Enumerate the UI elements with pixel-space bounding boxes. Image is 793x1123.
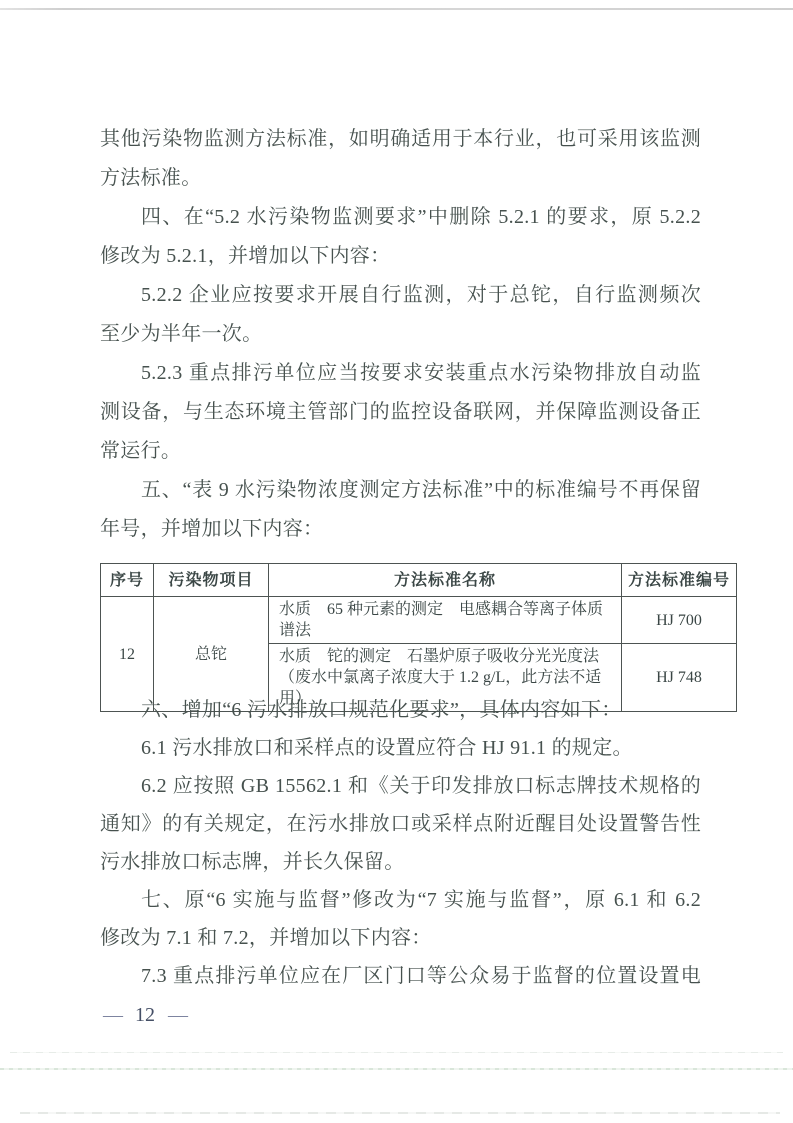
paragraph-block-bottom: 六、增加“6 污水排放口规范化要求”，具体内容如下：6.1 污水排放口和采样点的… xyxy=(100,691,701,995)
paragraph-line: 至少为半年一次。 xyxy=(100,315,701,354)
paragraph-line: 污水排放口标志牌，并长久保留。 xyxy=(100,843,701,881)
scan-artifact-line-1 xyxy=(10,1052,783,1053)
page-footer: —12— xyxy=(103,1000,187,1030)
table-row: 12 总铊 水质 65 种元素的测定 电感耦合等离子体质谱法 HJ 700 xyxy=(101,597,737,644)
table-header-seq: 序号 xyxy=(101,564,154,597)
paragraph-line: 测设备，与生态环境主管部门的监控设备联网，并保障监测设备正 xyxy=(100,393,701,432)
paragraph-line: 五、“表 9 水污染物浓度测定方法标准”中的标准编号不再保留 xyxy=(100,471,701,510)
footer-left-dash: — xyxy=(103,1004,122,1026)
paragraph-line: 修改为 7.1 和 7.2，并增加以下内容： xyxy=(100,919,701,957)
paragraph-line: 5.2.2 企业应按要求开展自行监测，对于总铊，自行监测频次 xyxy=(100,276,701,315)
table-header-method-code: 方法标准编号 xyxy=(622,564,737,597)
paragraph-line: 通知》的有关规定，在污水排放口或采样点附近醒目处设置警告性 xyxy=(100,805,701,843)
paragraph-line: 常运行。 xyxy=(100,432,701,471)
paragraph-line: 7.3 重点排污单位应在厂区门口等公众易于监督的位置设置电 xyxy=(100,957,701,995)
cell-method-name-1: 水质 65 种元素的测定 电感耦合等离子体质谱法 xyxy=(269,597,622,644)
paragraph-line: 年号，并增加以下内容： xyxy=(100,510,701,549)
paragraph-block-top: 其他污染物监测方法标准，如明确适用于本行业，也可采用该监测方法标准。四、在“5.… xyxy=(100,120,701,549)
scanned-document-page: { "page": { "background": "#ffffff", "te… xyxy=(0,0,793,1123)
cell-method-code-1: HJ 700 xyxy=(622,597,737,644)
scan-artifact-top-line xyxy=(0,8,793,10)
paragraph-line: 6.1 污水排放口和采样点的设置应符合 HJ 91.1 的规定。 xyxy=(100,729,701,767)
table-header-pollutant: 污染物项目 xyxy=(154,564,269,597)
paragraph-line: 六、增加“6 污水排放口规范化要求”，具体内容如下： xyxy=(100,691,701,729)
scan-artifact-line-3 xyxy=(20,1112,780,1114)
paragraph-line: 6.2 应按照 GB 15562.1 和《关于印发排放口标志牌技术规格的 xyxy=(100,767,701,805)
table-header-method-name: 方法标准名称 xyxy=(269,564,622,597)
paragraph-line: 5.2.3 重点排污单位应当按要求安装重点水污染物排放自动监 xyxy=(100,354,701,393)
paragraph-line: 方法标准。 xyxy=(100,159,701,198)
page-number: 12 xyxy=(135,1004,155,1026)
footer-right-dash: — xyxy=(168,1004,187,1026)
paragraph-line: 七、原“6 实施与监督”修改为“7 实施与监督”，原 6.1 和 6.2 xyxy=(100,881,701,919)
paragraph-line: 其他污染物监测方法标准，如明确适用于本行业，也可采用该监测 xyxy=(100,120,701,159)
scan-artifact-line-2 xyxy=(0,1068,793,1070)
method-standards-table: 序号 污染物项目 方法标准名称 方法标准编号 12 总铊 水质 65 种元素的测… xyxy=(100,563,737,712)
table-header-row: 序号 污染物项目 方法标准名称 方法标准编号 xyxy=(101,564,737,597)
paragraph-line: 四、在“5.2 水污染物监测要求”中删除 5.2.1 的要求，原 5.2.2 xyxy=(100,198,701,237)
paragraph-line: 修改为 5.2.1，并增加以下内容： xyxy=(100,237,701,276)
